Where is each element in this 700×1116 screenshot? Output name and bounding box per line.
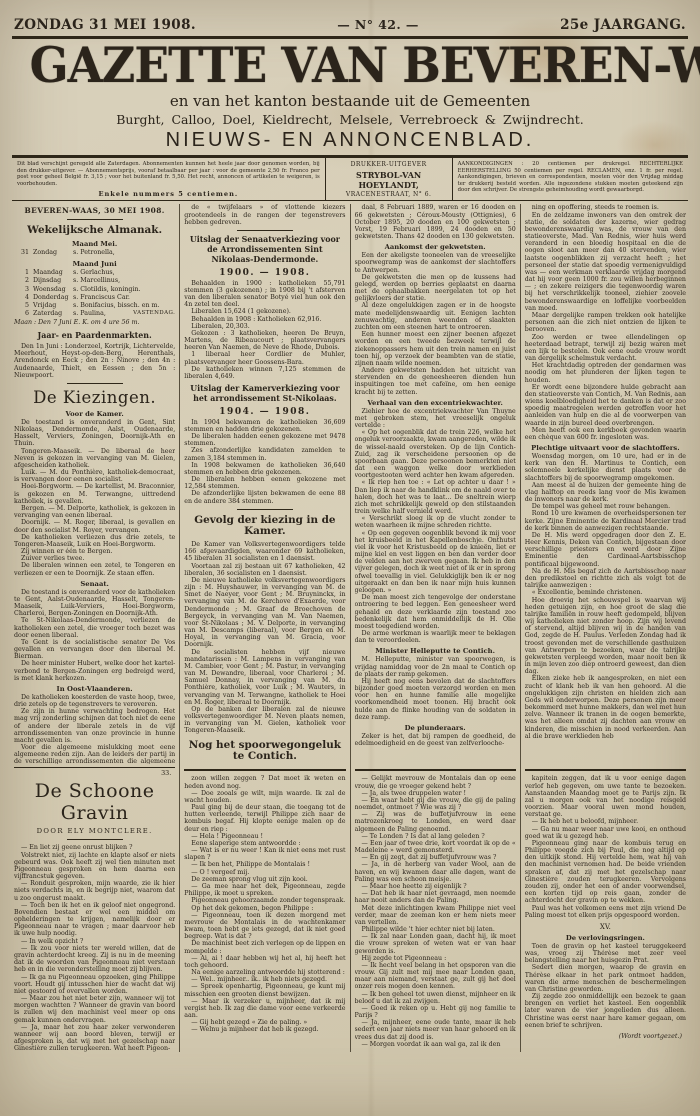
paragraph: 1 liberaal heer Cordlier de Muhler, plaa…	[184, 351, 345, 365]
almanac-day: 2	[14, 277, 33, 285]
feuilleton-separator	[184, 769, 345, 771]
almanac-row: 6Zaterdags. Paulina,VASTENDAG.	[14, 310, 175, 318]
paragraph: Aan meest al de huizen der gemeente hing…	[525, 482, 686, 504]
almanac-weekday: Maandag	[33, 269, 73, 277]
almanac-weekday: Dijnsdag	[33, 277, 73, 285]
almanac-day: 5	[14, 302, 33, 310]
paragraph: — Ik heb het u beloofd, mijnheer.	[525, 818, 686, 825]
subheading: Maand Mei.	[14, 240, 175, 248]
paragraph: Woensdag morgen, om 10 ure, had er in de…	[525, 453, 686, 482]
paragraph: Doornijk. — M. Roger, liberaal, is geval…	[14, 519, 175, 533]
almanac-saint: s. Petronella,	[73, 249, 175, 257]
paragraph: De toestand is onveranderd in Gent, Sint…	[14, 419, 175, 448]
subscription-info: Dit blad verschijnt geregeld alle Zaterd…	[12, 158, 325, 200]
column-4-feuilleton: kapitein zeggen, dat ik u voor eenige da…	[525, 764, 686, 1052]
column-4: ning en opoffering, steeds te roemen is.…	[520, 204, 690, 1052]
paragraph: ning en opoffering, steeds te roemen is.	[525, 204, 686, 211]
almanac-row: 1Maandags. Gerlachus,	[14, 269, 175, 277]
rule	[14, 767, 175, 768]
paragraph: Een hunner moest een zijner beenen afgez…	[355, 331, 516, 367]
display-heading: Nog het spoorwegongeluk te Contich.	[184, 740, 345, 763]
column-1: BEVEREN-WAAS, 30 MEI 1908.Wekelijksche A…	[10, 204, 179, 1052]
paragraph: Na de H. Mis begaf zich de Aartsbisschop…	[525, 568, 686, 590]
paragraph: Maar dergelijke rampen trekken ook hatel…	[525, 312, 686, 334]
paragraph: Toen de gravin op het kasteel teruggekee…	[525, 943, 686, 965]
paragraph: De katholieken koesterden de vaste hoop,…	[14, 694, 175, 708]
paragraph: Met deze inlichtingen kwam Philippe niet…	[355, 905, 516, 927]
paragraph: Op de banken der liberalen zal de nieuwe…	[184, 706, 345, 735]
subheading: Senaat.	[14, 580, 175, 588]
paragraph: Rond 10 ure kwamen de overheidspersonen …	[525, 510, 686, 532]
publication-info-row: Dit blad verschijnt geregeld alle Zaterd…	[12, 158, 688, 201]
paragraph: Philippe wilde 't hier echter niet bij l…	[355, 926, 516, 933]
years-heading: 1904. — 1908.	[184, 407, 345, 417]
paragraph: — Gelijkt mevrouw de Montalais dan op ee…	[355, 775, 516, 789]
paragraph: Hoe droevig het schouwspel is waarvan wi…	[525, 597, 686, 676]
masthead-tagline: NIEUWS- EN ANNONCENBLAD.	[0, 129, 700, 152]
paragraph: Zoo werden er twee ellendelingen op heet…	[525, 334, 686, 363]
column-2-news: de « twijfelaars » of vlottende kiezers …	[184, 204, 345, 764]
paragraph: En de zeldzame inwoners van den omtrek d…	[525, 212, 686, 312]
feuilleton-number: 33.	[14, 769, 171, 777]
paragraph: Liberalen 15,624 (1 gekozene).	[184, 308, 345, 315]
paragraph: — Gij hebt gezegd « Zie de paling. »	[184, 1019, 345, 1026]
paragraph: — Welnu ja mijnheer dat heb ik gezegd.	[184, 1026, 345, 1033]
paragraph: — Hela ! Pigeonneau !	[184, 833, 345, 840]
paragraph: — Een jaar of twee drie, kort voordat ik…	[355, 840, 516, 854]
column-1-feuilleton: 33.De Schoone GravinDOOR ELY MONTCLERE.—…	[14, 764, 175, 1052]
paragraph: Paul was het volkomen eens met zijn vrie…	[525, 905, 686, 919]
almanac-day: 1	[14, 269, 33, 277]
paragraph: De machinist beet zich verlegen op de li…	[184, 940, 345, 954]
years-heading: 1900. — 1908.	[184, 268, 345, 278]
almanac-weekday: Donderdag	[33, 294, 73, 302]
paragraph: — Te Londen ? Is dat al lang geleden ?	[355, 833, 516, 840]
column-3-news: daal, 8 Februari 1889, waren er 16 doode…	[355, 204, 516, 764]
single-issue-price: Enkele nummers 5 centiemen.	[17, 190, 320, 198]
feuilleton-separator	[355, 769, 516, 771]
paragraph: — Pigeonneau, toen ik dezen morgend met …	[184, 912, 345, 941]
issue-info-bar: ZONDAG 31 MEI 1908. — N° 42. — 25e JAARG…	[12, 0, 688, 39]
subheading: De verlovingsringen.	[525, 934, 686, 942]
paragraph: — Ik ben geheel tot uwen dienst, mijnhee…	[355, 991, 516, 1005]
paragraph: Volstrekt niet, zij lachte en klapte als…	[14, 852, 175, 881]
paragraph: — En waar hebt gij die vrouw, die gij de…	[355, 797, 516, 811]
paragraph: « Op het oogenblik dat de trein 226, wel…	[355, 429, 516, 479]
section-heading: Uitslag der Kamerverkiezing voor het arr…	[188, 384, 341, 405]
masthead: GAZETTE VAN BEVEREN-WAAS	[0, 41, 700, 91]
almanac-flag: VASTENDAG.	[133, 310, 175, 318]
paragraph: — O ! vergeef mij.	[184, 869, 345, 876]
subheading: Aankomst der gekwetsten.	[355, 243, 516, 251]
paragraph: — Wat is er nu weer ! Kan ik niet eens m…	[184, 847, 345, 861]
almanac-row: 5Vrijdags. Bonifacius, bissch. en m.	[14, 302, 175, 310]
paragraph: zoon willen zeggen ? Dat moet ik weten e…	[184, 775, 345, 789]
paragraph: « Verschrikt sloeg ik op de vlucht zonde…	[355, 515, 516, 529]
paragraph: In 1904 bekwamen de katholieken 36,609 s…	[184, 419, 345, 433]
subheading: Plechtige uitvaart voor de slachtoffers.	[525, 444, 686, 452]
paragraph: Tongeren-Maaseik. — De liberaal de heer …	[14, 448, 175, 470]
moon-phase-note: Maan : Den 7 Juni E. K. om 4 ure 56 m.	[14, 319, 175, 327]
paragraph: De gekwetsten die men op de kussens had …	[355, 274, 516, 303]
paragraph: — Ga mee naar het dek, Pigeonneau, zegde…	[184, 883, 345, 897]
issue-year: 25e JAARGANG.	[560, 17, 686, 33]
paragraph: — Goed ik reken op u. Hebt gij nog famil…	[355, 1005, 516, 1019]
almanac-saint: s. Bonifacius, bissch. en m.	[73, 302, 175, 310]
column-3-feuilleton: — Gelijkt mevrouw de Montalais dan op ee…	[355, 764, 516, 1052]
paragraph: Hij zegde tot Pigeonneau :	[355, 955, 516, 962]
divider	[67, 839, 123, 840]
paragraph: De katholieken verliezen dus drie zetels…	[14, 534, 175, 548]
subheading: Maand Juni	[14, 260, 175, 268]
column-3: daal, 8 Februari 1889, waren er 16 doode…	[350, 204, 520, 1052]
paragraph: — In welk opzicht ?	[14, 938, 175, 945]
paragraph: Een der akeligste tooneelen van de vrees…	[355, 252, 516, 274]
paragraph: — Ik ga nu Pigeonneau opzoeken, ging Phi…	[14, 974, 175, 996]
masthead-subtitle: en van het kanton bestaande uit de Gemee…	[0, 92, 700, 110]
almanac-saint: s. Clotildis, koningin.	[73, 286, 175, 294]
paragraph: Ze zijn in hunne verwachting bedrogen. H…	[14, 708, 175, 744]
paragraph: — Ai, ai ! daar hebben wij het al, hij h…	[184, 955, 345, 969]
paragraph: De man moest zich tengevolge der onderst…	[355, 594, 516, 630]
paragraph: — Ronduit gesproken, mijn waarde, zie ik…	[14, 880, 175, 902]
paragraph: Behaalden in 1908 : Katholieken 62,916.	[184, 316, 345, 323]
paragraph: — Ga nu maar weer naar uwe kooi, en onth…	[525, 826, 686, 840]
paragraph: daal, 8 Februari 1889, waren er 16 doode…	[355, 204, 516, 240]
paragraph: — Ja, als twee druppelen water !	[355, 790, 516, 797]
almanac-weekday: Zaterdag	[33, 310, 73, 318]
almanac-saint: s. Gerlachus,	[73, 269, 175, 277]
column-2: de « twijfelaars » of vlottende kiezers …	[179, 204, 349, 1052]
almanac-row: 4Donderdags. Franciscus Car.	[14, 294, 175, 302]
paragraph: — Spreek openhartig, Pigeonneau, ge kunt…	[184, 983, 345, 997]
almanac-day: 4	[14, 294, 33, 302]
continuation-note: (Wordt voortgezet.)	[525, 1032, 686, 1040]
paragraph: Er wordt eene bijzondere hulde gebracht …	[525, 384, 686, 427]
paragraph: — Toch ben ik het en ik geloof niet onge…	[14, 902, 175, 938]
chapter-number: XV.	[525, 923, 686, 931]
masthead-title: GAZETTE VAN BEVEREN-WAAS	[30, 41, 700, 91]
paragraph: Het krachtdadig optreden der gendarmen w…	[525, 362, 686, 384]
advertising-text: AANKONDIGINGEN : 20 centiemen per drukre…	[458, 161, 683, 194]
paragraph: Te St-Nikolaas-Dendermonde, verliezen de…	[14, 617, 175, 639]
almanac-weekday: Zondag	[33, 249, 73, 257]
feuilleton-title: De Schoone Gravin	[14, 780, 175, 824]
dateline: BEVEREN-WAAS, 30 MEI 1908.	[14, 206, 175, 215]
paragraph: Bergen. — M. Delporte, katholiek, is gek…	[14, 505, 175, 519]
paragraph: De arme werkman is waarlijk meer te bekl…	[355, 630, 516, 644]
publisher-info: DRUKKER-UITGEVER STRYBOL-VAN HOEYLANDT, …	[325, 158, 453, 200]
paragraph: — Dat heb ik haar niet gevraagd, men noe…	[355, 890, 516, 904]
paragraph: « Excellentie, beminde christenen.	[525, 589, 686, 596]
paragraph: Pigeonneau ging naar de kombuis terug en…	[525, 840, 686, 905]
divider	[237, 509, 293, 510]
paragraph: Gekozen : 3 katholieken, heeren De Bruyn…	[184, 330, 345, 352]
publisher-name: STRYBOL-VAN HOEYLANDT,	[331, 170, 447, 190]
paragraph: — Ik ben het, Philippe de Montalais !	[184, 861, 345, 868]
divider	[237, 230, 293, 231]
paragraph: Andere gekwetsten hadden het uitzicht va…	[355, 367, 516, 396]
divider	[67, 383, 123, 384]
almanac-day: 3	[14, 286, 33, 294]
paragraph: De socialisten hebben vijf nieuwe mandat…	[184, 649, 345, 706]
paragraph: Sedert dien morgen, waarop de gravin en …	[525, 964, 686, 993]
paragraph: — Morgen voordat ik aan wal ga, zal ik d…	[355, 1041, 516, 1048]
paragraph: « Ik riep hen toe : « Let op achter u da…	[355, 479, 516, 515]
paragraph: — Maar hoe heette zij eigenlijk ?	[355, 883, 516, 890]
paragraph: Den 1n Juni : Londerzeel, Kortrijk, Lich…	[14, 343, 175, 379]
paragraph: — En liet zij geene onrust blijken ?	[14, 844, 175, 851]
paragraph: M. Helleputte, minister van spoorwegen, …	[355, 656, 516, 678]
paragraph: Zij zegde zoo onmiddellijk een bezoek te…	[525, 993, 686, 1029]
paragraph: Liberalen, 20,303.	[184, 323, 345, 330]
almanac-weekday: Woensdag	[33, 286, 73, 294]
paragraph: Al deze ongelukkigen zagen er in de hoog…	[355, 302, 516, 331]
almanac-row: 31Zondags. Petronella,	[14, 249, 175, 257]
almanac-day: 31	[14, 249, 33, 257]
paragraph: De afzonderlijke lijsten bekwamen de een…	[184, 490, 345, 504]
byline: DOOR ELY MONTCLERE.	[14, 827, 175, 835]
paragraph: Zes afzonderlijke kandidaten zamelden te…	[184, 447, 345, 461]
paragraph: De toestand is onveranderd voor de katho…	[14, 589, 175, 618]
advertising-info: AANKONDIGINGEN : 20 centiemen per drukre…	[453, 158, 688, 200]
almanac-day: 6	[14, 310, 33, 318]
divider	[67, 219, 123, 220]
display-heading: Wekelijksche Almanak.	[14, 225, 175, 237]
publisher-role: DRUKKER-UITGEVER	[331, 161, 447, 168]
paragraph: — Zij was de buffetjufvrouw in eene matr…	[355, 811, 516, 833]
almanac-row: 2Dijnsdags. Marcellinus,	[14, 277, 175, 285]
paragraph: — Ik hecht veel belang in het opsporen v…	[355, 962, 516, 991]
section-heading: Uitslag der Senaatverkiezing voor de Arr…	[188, 235, 341, 266]
display-heading: Gevolg der kiezing in de Kamer.	[184, 515, 345, 538]
issue-number: — N° 42. —	[337, 17, 418, 32]
paragraph: — Ik zou voor niets ter wereld willen, d…	[14, 945, 175, 974]
paragraph: De zeeman sprong vlug uit zijn kooi.	[184, 876, 345, 883]
paragraph: De liberalen winnen een zetel, te Tonger…	[14, 562, 175, 576]
paragraph: — Wel.. mijnheer.. ik.. ik heb niets gez…	[184, 976, 345, 983]
column-1-news: BEVEREN-WAAS, 30 MEI 1908.Wekelijksche A…	[14, 204, 175, 764]
paragraph: Paul ging bij de deur staan, die toegang…	[184, 804, 345, 833]
paragraph: Ziehier hoe de excentriekwachter Van Thu…	[355, 408, 516, 430]
paragraph: Op het dek gekomen, begon Philippe :	[184, 905, 345, 912]
paragraph: Zij winnen er één te Bergen.	[14, 548, 175, 555]
paragraph: Na eenige aarzeling antwoordde hij stott…	[184, 969, 345, 976]
paragraph: Zeker is het, dat bij rampen de goedheid…	[355, 733, 516, 747]
almanac-weekday: Vrijdag	[33, 302, 73, 310]
paragraph: De nieuwe katholieke volksvertegenwoordi…	[184, 577, 345, 649]
paragraph: — En gij zegt, dat zij buffetjufvrouw wa…	[355, 854, 516, 861]
subheading: De plunderaars.	[355, 724, 516, 732]
newspaper-page: ZONDAG 31 MEI 1908. — N° 42. — 25e JAARG…	[0, 0, 700, 1116]
subheading: In Oost-Vlaanderen.	[14, 685, 175, 693]
paragraph: De liberalen hadden eenen gekozene met 9…	[184, 433, 345, 447]
paragraph: — Maar zou het niet beter zijn, wanneer …	[14, 995, 175, 1024]
article-columns: BEVEREN-WAAS, 30 MEI 1908.Wekelijksche A…	[10, 204, 690, 1052]
subheading: Voor de Kamer.	[14, 410, 175, 418]
almanac-row: 3Woensdags. Clotildis, koningin.	[14, 286, 175, 294]
paragraph: — Ja, maar het zou haar zeker verwondere…	[14, 1024, 175, 1053]
paragraph: — Ja, in de herberg van vader Wool, aan …	[355, 861, 516, 883]
paragraph: Hij heeft nog eens bevolen dat de slacht…	[355, 678, 516, 721]
paragraph: Zuiver verlies twee.	[14, 555, 175, 562]
paragraph: Men heeft ook een kerkboek gevonden waar…	[525, 427, 686, 441]
paragraph: De tempel was geheel met rouw behangen.	[525, 503, 686, 510]
paragraph: Hoei-Borgworm. — De kartellist, M. Braco…	[14, 483, 175, 505]
paragraph: « Op een gegeven oogenblik bevond ik mij…	[355, 530, 516, 595]
paragraph: Voor die algemeene mislukking moet eene …	[14, 744, 175, 764]
masthead-communes: Burght, Calloo, Doel, Kieldrecht, Melsel…	[0, 112, 700, 127]
publisher-address: VRACENESTRAAT, N° 6.	[331, 191, 447, 198]
feuilleton-separator	[525, 769, 686, 771]
paragraph: de « twijfelaars » of vlottende kiezers …	[184, 204, 345, 226]
paragraph: De liberalen hebben eenen gekozene met 1…	[184, 476, 345, 490]
paragraph: — Ik zal naar Londen gaan, dacht hij, ik…	[355, 933, 516, 955]
almanac-saint: s. Marcellinus,	[73, 277, 175, 285]
almanac-saint: s. Paulina,	[73, 310, 133, 318]
paragraph: Pigeonneau gehoorzaamde zonder tegenspra…	[184, 897, 345, 904]
issue-date: ZONDAG 31 MEI 1908.	[14, 17, 196, 33]
paragraph: De heer minister Hubert, welke door het …	[14, 660, 175, 682]
paragraph: De katholieken winnen 7,125 stemmen de l…	[184, 366, 345, 380]
column-4-news: ning en opoffering, steeds te roemen is.…	[525, 204, 686, 764]
paragraph: Te Gent is de socialistische senator De …	[14, 639, 175, 661]
paragraph: Eene slaperige stem antwoordde :	[184, 840, 345, 847]
subheading: Minister Helleputte te Contich.	[355, 647, 516, 655]
paragraph: De H. Mis werd opgedragen door den Z. E.…	[525, 532, 686, 568]
paragraph: Voortaan zal zij bestaan uit 67 katholie…	[184, 563, 345, 577]
paragraph: De Kamer van Volksvertegenwoordigers tel…	[184, 541, 345, 563]
column-2-feuilleton: zoon willen zeggen ? Dat moet ik weten e…	[184, 764, 345, 1052]
paragraph: Behaalden in 1900 : katholieken 55,791 s…	[184, 280, 345, 309]
paragraph: — Doe zooals ge wilt, mijn waarde. Ik za…	[184, 790, 345, 804]
section-heading: Jaar- en Paardenmarkten.	[18, 331, 171, 341]
subscription-text: Dit blad verschijnt geregeld alle Zaterd…	[17, 161, 320, 187]
paragraph: Elken zieke heb ik aangesproken, en niet…	[525, 675, 686, 740]
paragraph: — Ja, mijnheer, eene oude tante, maar ik…	[355, 1019, 516, 1041]
paragraph: — Maar ik verzeker u, mijnheer, dat ik m…	[184, 998, 345, 1020]
article-heading: De Kiezingen.	[14, 388, 175, 407]
paragraph: In 1908 bekwamen de katholieken 36,640 s…	[184, 462, 345, 476]
paragraph: Luik. — M. du Ponthière, katholiek-democ…	[14, 469, 175, 483]
almanac-saint: s. Franciscus Car.	[73, 294, 175, 302]
paragraph: kapitein zeggen, dat ik u voor eenige da…	[525, 775, 686, 818]
subheading: Verhaal van den excentriekwachter.	[355, 399, 516, 407]
